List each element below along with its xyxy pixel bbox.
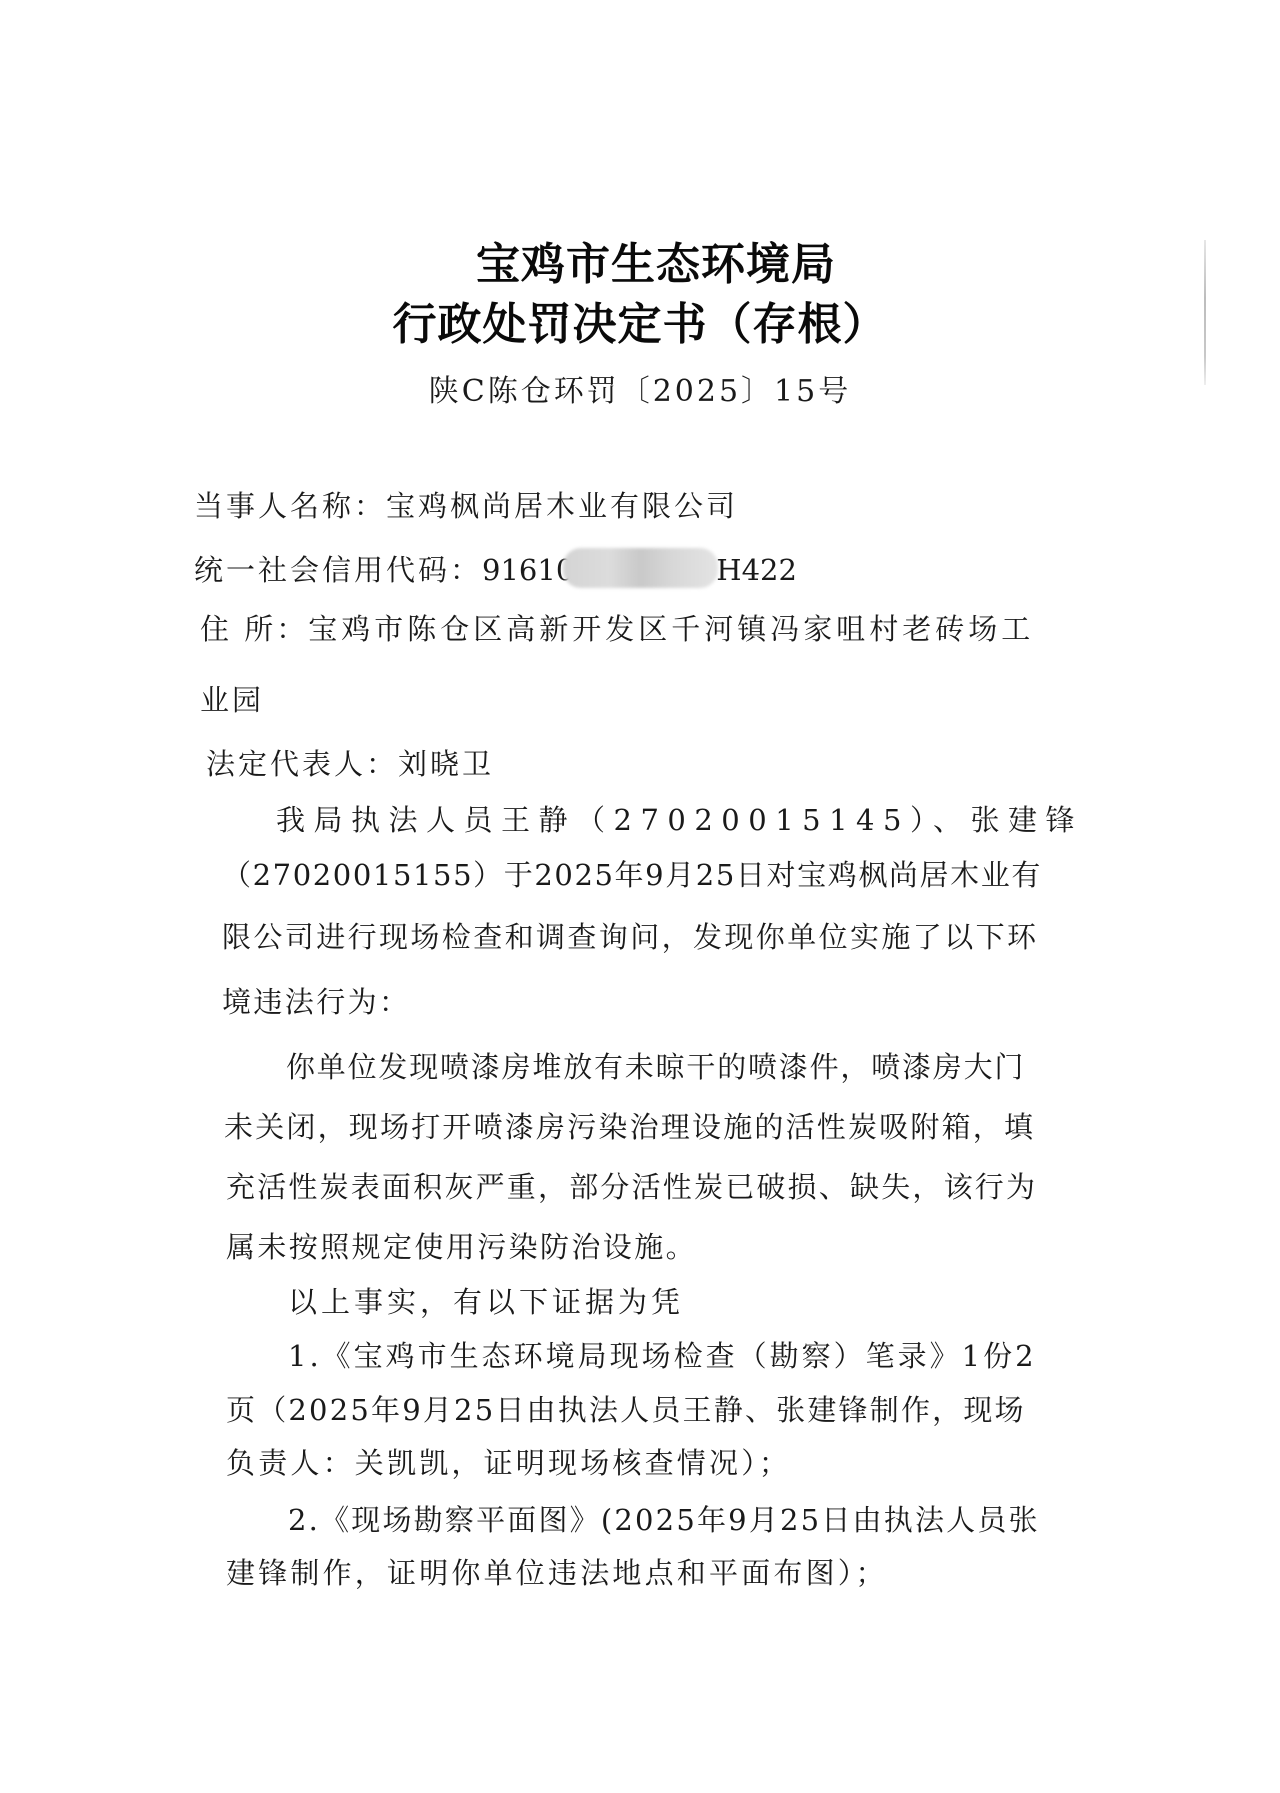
findings-p2-line-2: 未关闭，现场打开喷漆房污染治理设施的活性炭吸附箱，填	[224, 1107, 1035, 1147]
redaction-blur	[563, 548, 718, 588]
address-value-line-1: 宝鸡市陈仓区高新开发区千河镇冯家咀村老砖场工	[308, 612, 1034, 646]
findings-p1-line-4: 境违法行为：	[222, 982, 410, 1022]
party-name-label: 当事人名称：	[194, 489, 386, 523]
evidence-intro: 以上事实，有以下证据为凭	[288, 1282, 684, 1322]
address-label: 住 所：	[200, 612, 308, 646]
document-number: 陕C陈仓环罚〔2025〕15号	[0, 372, 1280, 412]
credit-code-label: 统一社会信用代码：	[194, 553, 482, 587]
evidence-item-2-line-1: 2.《现场勘察平面图》(2025年9月25日由执法人员张	[288, 1500, 1040, 1540]
evidence-item-1-line-2: 页（2025年9月25日由执法人员王静、张建锋制作，现场	[226, 1390, 1026, 1430]
address-value-line-2: 业园	[200, 683, 264, 717]
findings-p1-line-1: 我局执法人员王静（27020015145）、张建锋	[276, 800, 1083, 840]
legal-rep-label: 法定代表人：	[206, 747, 398, 781]
address-row-continued: 业园	[200, 680, 264, 720]
findings-p2-line-3: 充活性炭表面积灰严重，部分活性炭已破损、缺失，该行为	[226, 1167, 1037, 1207]
findings-p2-line-1: 你单位发现喷漆房堆放有未晾干的喷漆件，喷漆房大门	[286, 1047, 1025, 1087]
evidence-item-2-line-2: 建锋制作，证明你单位违法地点和平面布图）；	[226, 1553, 888, 1593]
issuing-authority-title: 宝鸡市生态环境局	[16, 240, 1280, 290]
evidence-item-1-line-1: 1.《宝鸡市生态环境局现场检查（勘察）笔录》1份2	[288, 1336, 1037, 1376]
credit-code-prefix: 91610	[482, 553, 574, 587]
party-name-value: 宝鸡枫尚居木业有限公司	[386, 489, 738, 523]
party-name-row: 当事人名称：宝鸡枫尚居木业有限公司	[194, 486, 738, 526]
findings-p1-line-2: （27020015155）于2025年9月25日对宝鸡枫尚居木业有	[222, 855, 1042, 895]
credit-code-suffix: H422	[716, 553, 797, 587]
document-type-title: 行政处罚决定书（存根）	[0, 300, 1280, 350]
findings-p2-line-4: 属未按照规定使用污染防治设施。	[226, 1227, 697, 1267]
address-row: 住 所：宝鸡市陈仓区高新开发区千河镇冯家咀村老砖场工	[200, 609, 1034, 649]
evidence-item-1-line-3: 负责人：关凯凯，证明现场核查情况）；	[226, 1443, 791, 1483]
legal-rep-value: 刘晓卫	[398, 747, 494, 781]
legal-representative-row: 法定代表人：刘晓卫	[206, 744, 494, 784]
findings-p1-line-3: 限公司进行现场检查和调查询问，发现你单位实施了以下环	[222, 917, 1038, 957]
